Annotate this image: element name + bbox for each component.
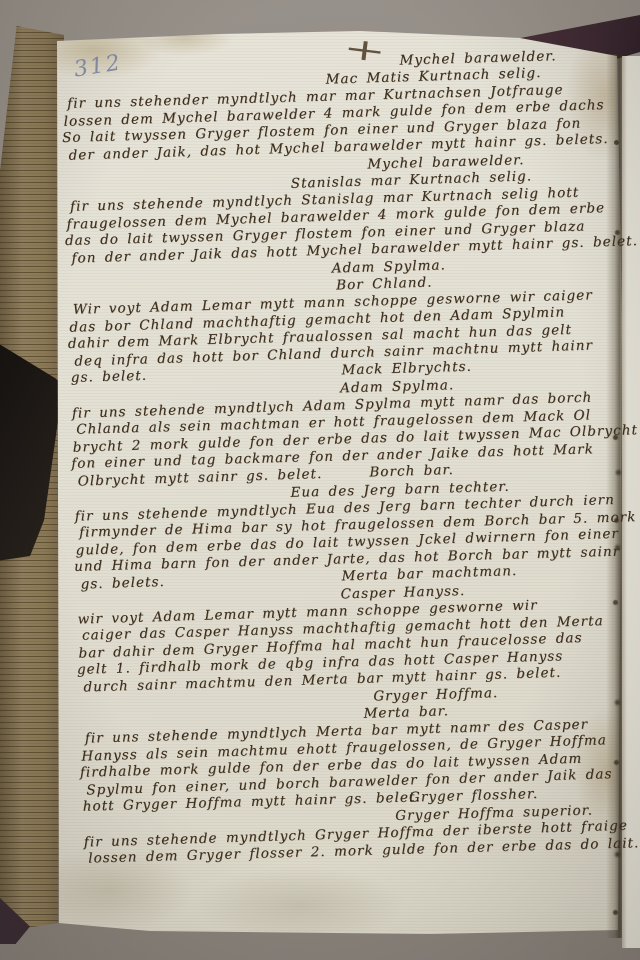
record-entry: Adam Spylma.Bor Chland.Wir voyt Adam Lem…	[68, 253, 623, 387]
entry-line-text: gs. belet.	[71, 368, 148, 386]
record-entry: Adam Spylma.fir uns stehende myndtlych A…	[71, 372, 626, 489]
record-entry: Mychel barawelder.Stanislas mar Kurtnach…	[65, 150, 620, 267]
manuscript-photo: 312 + Mychel barawelder.Mac Matis Kurtna…	[0, 0, 640, 960]
entry-heading-text: Borch bar.	[369, 462, 454, 482]
manuscript-text: Mychel barawelder.Mac Matis Kurtnach sel…	[62, 47, 636, 869]
entry-heading-text: Merta bar.	[363, 703, 449, 723]
record-entry: Eua des Jerg barn techter.fir uns stehen…	[74, 475, 629, 592]
entry-heading-text: Bor Chland.	[336, 274, 433, 294]
entry-line-text: gs. belets.	[80, 574, 165, 593]
record-entry: Casper Hanyss.wir voyt Adam Lemar mytt m…	[77, 578, 632, 695]
record-entry: Mychel barawelder.Mac Matis Kurtnach sel…	[62, 47, 617, 164]
record-entry: Gryger Hoffma.Merta bar.fir uns stehende…	[80, 681, 635, 815]
